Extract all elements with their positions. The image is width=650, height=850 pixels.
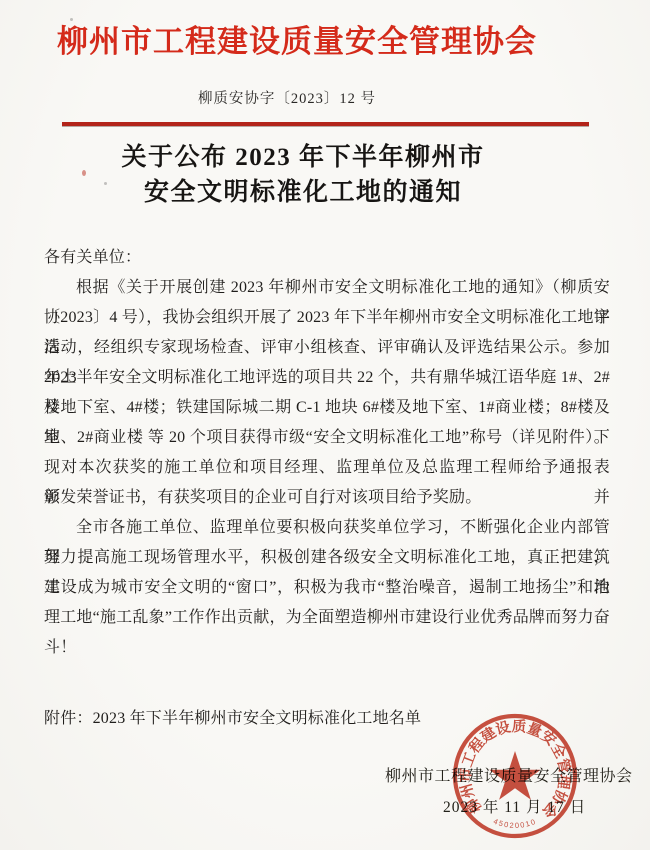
seal-star-icon (489, 751, 540, 800)
document-title-line-2: 安全文明标准化工地的通知 (20, 172, 586, 208)
body-line: 根据《关于开展创建 2023 年柳州市安全文明标准化工地的通知》（柳质安协字 (44, 273, 610, 303)
body-line: 年上半年安全文明标准化工地评选的项目共 22 个，共有鼎华城江语华庭 1#、2#… (44, 363, 610, 393)
svg-text:45020010: 45020010 (492, 817, 538, 830)
body-line: 〔2023〕4 号），我协会组织开展了 2023 年下半年柳州市安全文明标准化工… (44, 303, 610, 333)
document-body: 各有关单位： 根据《关于开展创建 2023 年柳州市安全文明标准化工地的通知》（… (44, 243, 610, 663)
scan-speck (82, 170, 86, 176)
scanned-document-page: 柳州市工程建设质量安全管理协会 柳质安协字〔2023〕12 号 关于公布 202… (0, 0, 650, 850)
salutation-line: 各有关单位： (44, 243, 610, 273)
body-line: 室、2#商业楼 等 20 个项目获得市级“安全文明标准化工地”称号（详见附件）。 (44, 423, 610, 453)
body-line: 及地下室、4#楼；铁建国际城二期 C-1 地块 6#楼及地下室、1#商业楼；8#… (44, 393, 610, 423)
scan-speck (70, 18, 73, 21)
scan-speck (104, 182, 107, 185)
body-line: 全市各施工单位、监理单位要积极向获奖单位学习，不断强化企业内部管理， (44, 513, 610, 543)
letterhead-org-title: 柳州市工程建设质量安全管理协会 (14, 16, 580, 61)
document-number: 柳质安协字〔2023〕12 号 (4, 87, 570, 108)
body-line: 斗！ (44, 633, 610, 663)
body-line: 理工地“施工乱象”工作作出贡献，为全面塑造柳州市建设行业优秀品牌而努力奋 (44, 603, 610, 633)
document-title-line-1: 关于公布 2023 年下半年柳州市 (20, 137, 586, 173)
letterhead-red-rule (62, 122, 589, 126)
body-line: 现对本次获奖的施工单位和项目经理、监理单位及总监理工程师给予通报表彰，并 (44, 453, 610, 483)
seal-serial-number: 45020010 (492, 817, 538, 830)
body-line: 建设成为城市安全文明的“窗口”，积极为我市“整治噪音，遏制工地扬尘”和治 (44, 573, 610, 603)
body-line: 努力提高施工现场管理水平，积极创建各级安全文明标准化工地，真正把建筑工地 (44, 543, 610, 573)
official-seal-stamp-icon: 柳州市工程建设质量安全管理协会 45020010 (445, 706, 585, 846)
body-line: 活动，经组织专家现场检查、评审小组核查、评审确认及评选结果公示。参加 2023 (44, 333, 610, 363)
